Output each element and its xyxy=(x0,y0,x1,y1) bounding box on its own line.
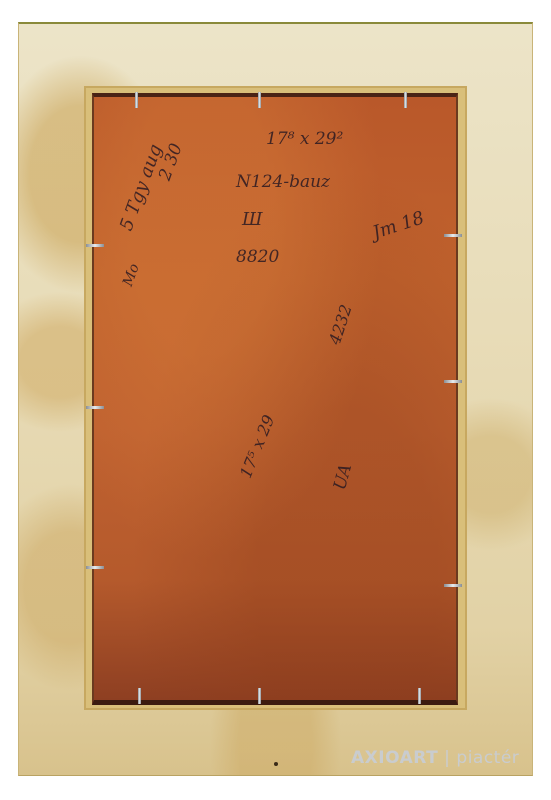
inscription-reference: N124-bauz xyxy=(236,172,330,192)
painting-panel-back: 17⁸ x 29² N124-bauz Ш 8820 Jm 18 5 Tgy a… xyxy=(92,93,458,705)
inscription-lower-mark: UA xyxy=(330,462,356,492)
nail xyxy=(258,688,261,704)
watermark-separator: | xyxy=(444,748,450,768)
nail xyxy=(86,244,104,247)
inscription-diag-number: 4232 xyxy=(325,302,356,347)
nail xyxy=(258,92,261,108)
nail xyxy=(86,406,104,409)
inscription-dimensions: 17⁸ x 29² xyxy=(266,129,343,149)
nail xyxy=(418,688,421,704)
hanging-hole xyxy=(274,762,278,766)
nail xyxy=(404,92,407,108)
watermark: AXIOART|piactér xyxy=(351,748,519,768)
watermark-sub: piactér xyxy=(456,748,519,768)
inscription-left-1: 5 Tgy aug xyxy=(116,141,167,233)
nail xyxy=(444,380,462,383)
inscription-number: 8820 xyxy=(236,247,279,267)
watermark-brand: AXIOART xyxy=(351,748,438,768)
nail xyxy=(135,92,138,108)
inscription-left-3: Mo xyxy=(120,262,143,289)
inscription-diag-dimensions: 17⁵ x 29 xyxy=(236,412,278,481)
inscription-initials: Ш xyxy=(242,209,263,230)
nail xyxy=(138,688,141,704)
inscription-signature: Jm 18 xyxy=(370,207,427,243)
nail xyxy=(444,584,462,587)
nail xyxy=(86,566,104,569)
nail xyxy=(444,234,462,237)
